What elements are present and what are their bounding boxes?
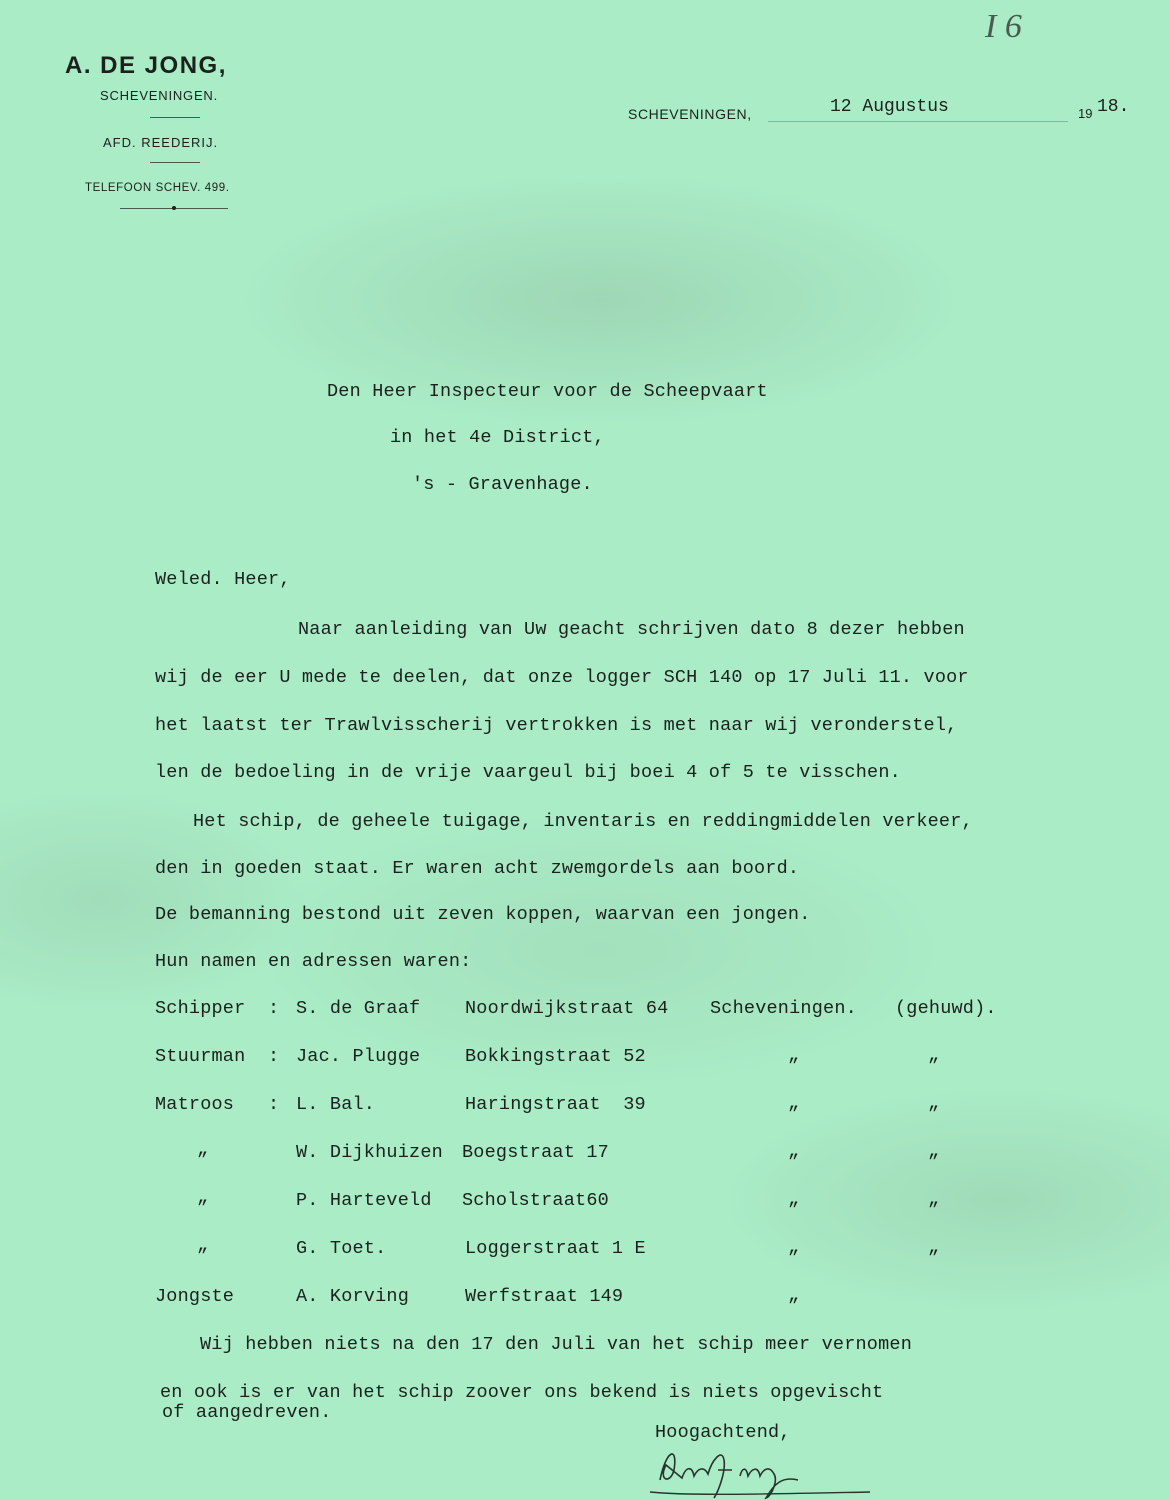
archive-mark: I 6 — [985, 8, 1022, 46]
crew-status: (gehuwd). — [895, 998, 997, 1019]
letterhead-divider — [150, 117, 200, 118]
closing-line-2: en ook is er van het schip zoover ons be… — [160, 1382, 883, 1403]
addressee-line-3: 's - Gravenhage. — [412, 474, 593, 495]
crew-street: Haringstraat 39 — [465, 1094, 646, 1115]
crew-street: Scholstraat60 — [462, 1190, 609, 1211]
dateline-year-prefix: 19 — [1078, 106, 1092, 121]
crew-street: Noordwijkstraat 64 — [465, 998, 668, 1019]
letterhead-department: AFD. REEDERIJ. — [103, 135, 218, 150]
crew-street: Werfstraat 149 — [465, 1286, 623, 1307]
crew-name: P. Harteveld — [296, 1190, 432, 1211]
crew-name: S. de Graaf — [296, 998, 420, 1019]
letterhead-city: SCHEVENINGEN. — [100, 88, 218, 103]
body-line: Naar aanleiding van Uw geacht schrijven … — [298, 619, 965, 640]
letterhead-divider — [150, 162, 200, 163]
body-line: Het schip, de geheele tuigage, inventari… — [193, 811, 973, 832]
crew-name: Jac. Plugge — [296, 1046, 420, 1067]
crew-city-ditto: ” — [788, 1056, 799, 1077]
paper-texture — [0, 0, 1170, 1500]
crew-name: L. Bal. — [296, 1094, 375, 1115]
crew-status-ditto: ” — [928, 1056, 939, 1077]
dateline-date: 12 Augustus — [830, 97, 949, 117]
body-line: len de bedoeling in de vrije vaargeul bi… — [155, 762, 901, 783]
letterhead-firm: A. DE JONG, — [65, 52, 227, 80]
crew-name: W. Dijkhuizen — [296, 1142, 443, 1163]
crew-city-ditto: ” — [788, 1248, 799, 1269]
crew-street: Bokkingstraat 52 — [465, 1046, 646, 1067]
dateline-dotted-rule — [768, 121, 1068, 122]
crew-status-ditto: ” — [928, 1200, 939, 1221]
closing-line-1: Wij hebben niets na den 17 den Juli van … — [200, 1334, 912, 1355]
body-line: den in goeden staat. Er waren acht zwemg… — [155, 858, 799, 879]
crew-street: Loggerstraat 1 E — [465, 1238, 646, 1259]
crew-role-ditto: ” — [197, 1198, 208, 1219]
addressee-line-1: Den Heer Inspecteur voor de Scheepvaart — [327, 381, 768, 402]
crew-status-ditto: ” — [928, 1152, 939, 1173]
crew-role: Matroos : — [155, 1094, 279, 1115]
body-line: De bemanning bestond uit zeven koppen, w… — [155, 904, 811, 925]
body-line: Hun namen en adressen waren: — [155, 951, 471, 972]
crew-street: Boegstraat 17 — [462, 1142, 609, 1163]
crew-status-ditto: ” — [928, 1248, 939, 1269]
crew-role-ditto: ” — [197, 1150, 208, 1171]
crew-status-ditto: ” — [928, 1104, 939, 1125]
letterhead-telephone: TELEFOON SCHEV. 499. — [85, 182, 230, 194]
crew-city-ditto: ” — [788, 1296, 799, 1317]
crew-role-ditto: ” — [197, 1246, 208, 1267]
crew-role: Jongste — [155, 1286, 234, 1307]
body-line: wij de eer U mede te deelen, dat onze lo… — [155, 667, 969, 688]
crew-city-ditto: ” — [788, 1152, 799, 1173]
crew-name: G. Toet. — [296, 1238, 386, 1259]
crew-name: A. Korving — [296, 1286, 409, 1307]
crew-city: Scheveningen. — [710, 998, 857, 1019]
crew-role: Schipper : — [155, 998, 279, 1019]
dateline-year-suffix: 18. — [1097, 97, 1129, 117]
handwritten-signature-icon — [648, 1440, 878, 1500]
letterhead-ornament-dot — [172, 206, 176, 210]
body-line: het laatst ter Trawlvisscherij vertrokke… — [155, 715, 957, 736]
dateline-place: SCHEVENINGEN, — [628, 106, 752, 122]
closing-line-3: of aangedreven. — [162, 1402, 332, 1423]
crew-city-ditto: ” — [788, 1200, 799, 1221]
crew-role: Stuurman : — [155, 1046, 279, 1067]
addressee-line-2: in het 4e District, — [390, 427, 605, 448]
salutation: Weled. Heer, — [155, 569, 291, 590]
crew-city-ditto: ” — [788, 1104, 799, 1125]
